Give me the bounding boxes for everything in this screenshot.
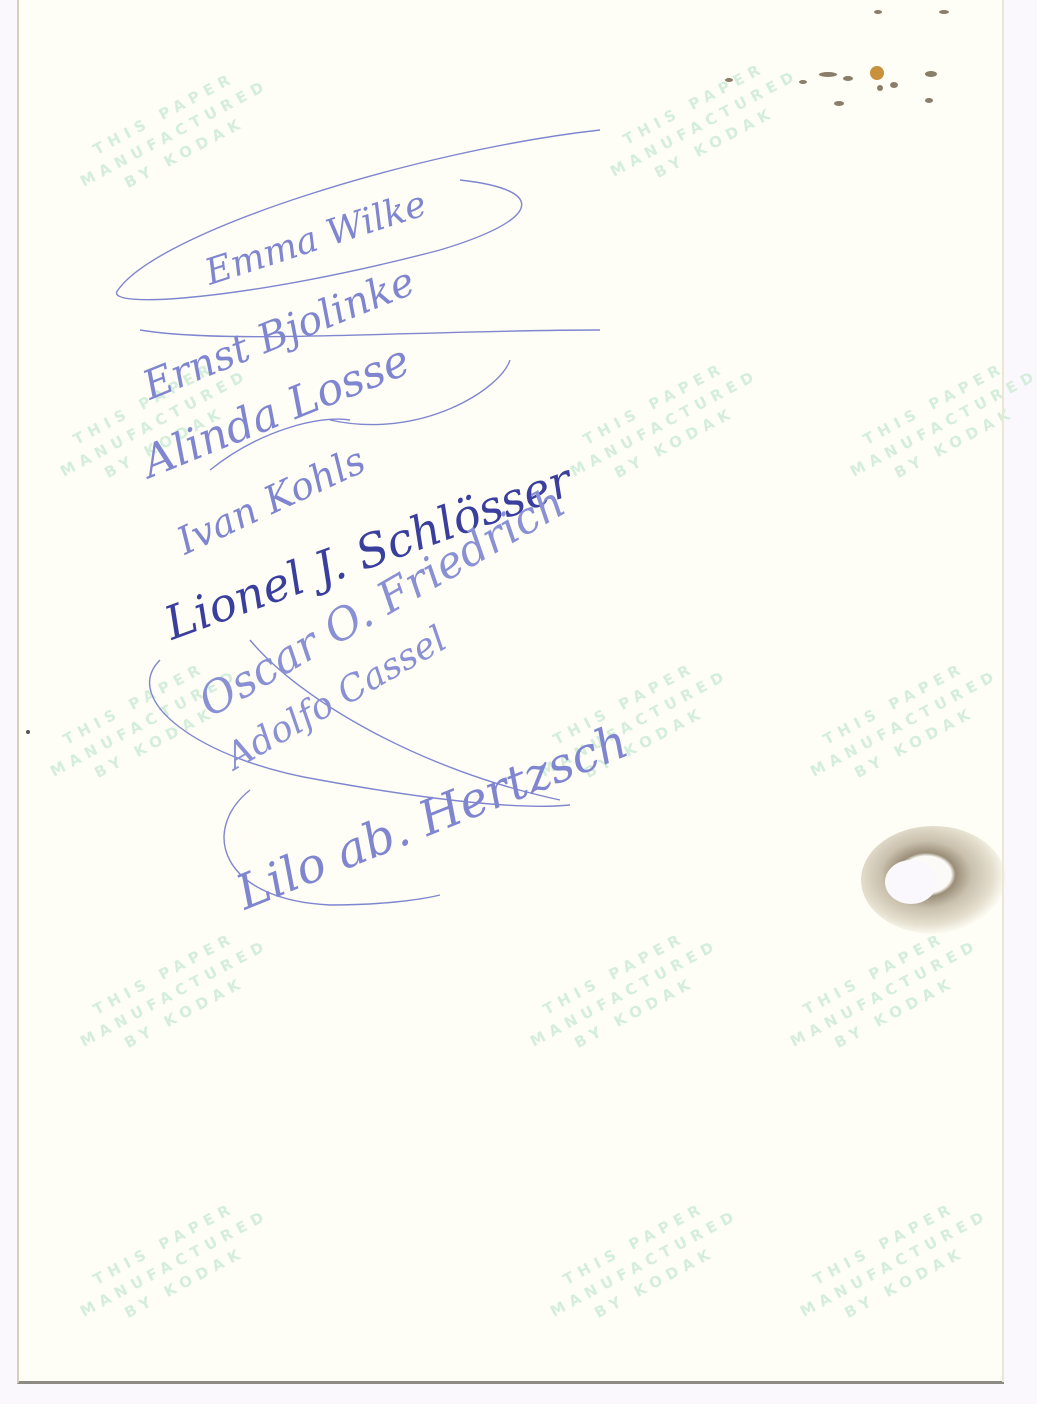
signatures-layer: Emma Wilke Ernst Bjolinke Alinda Losse I… bbox=[0, 0, 1037, 1404]
